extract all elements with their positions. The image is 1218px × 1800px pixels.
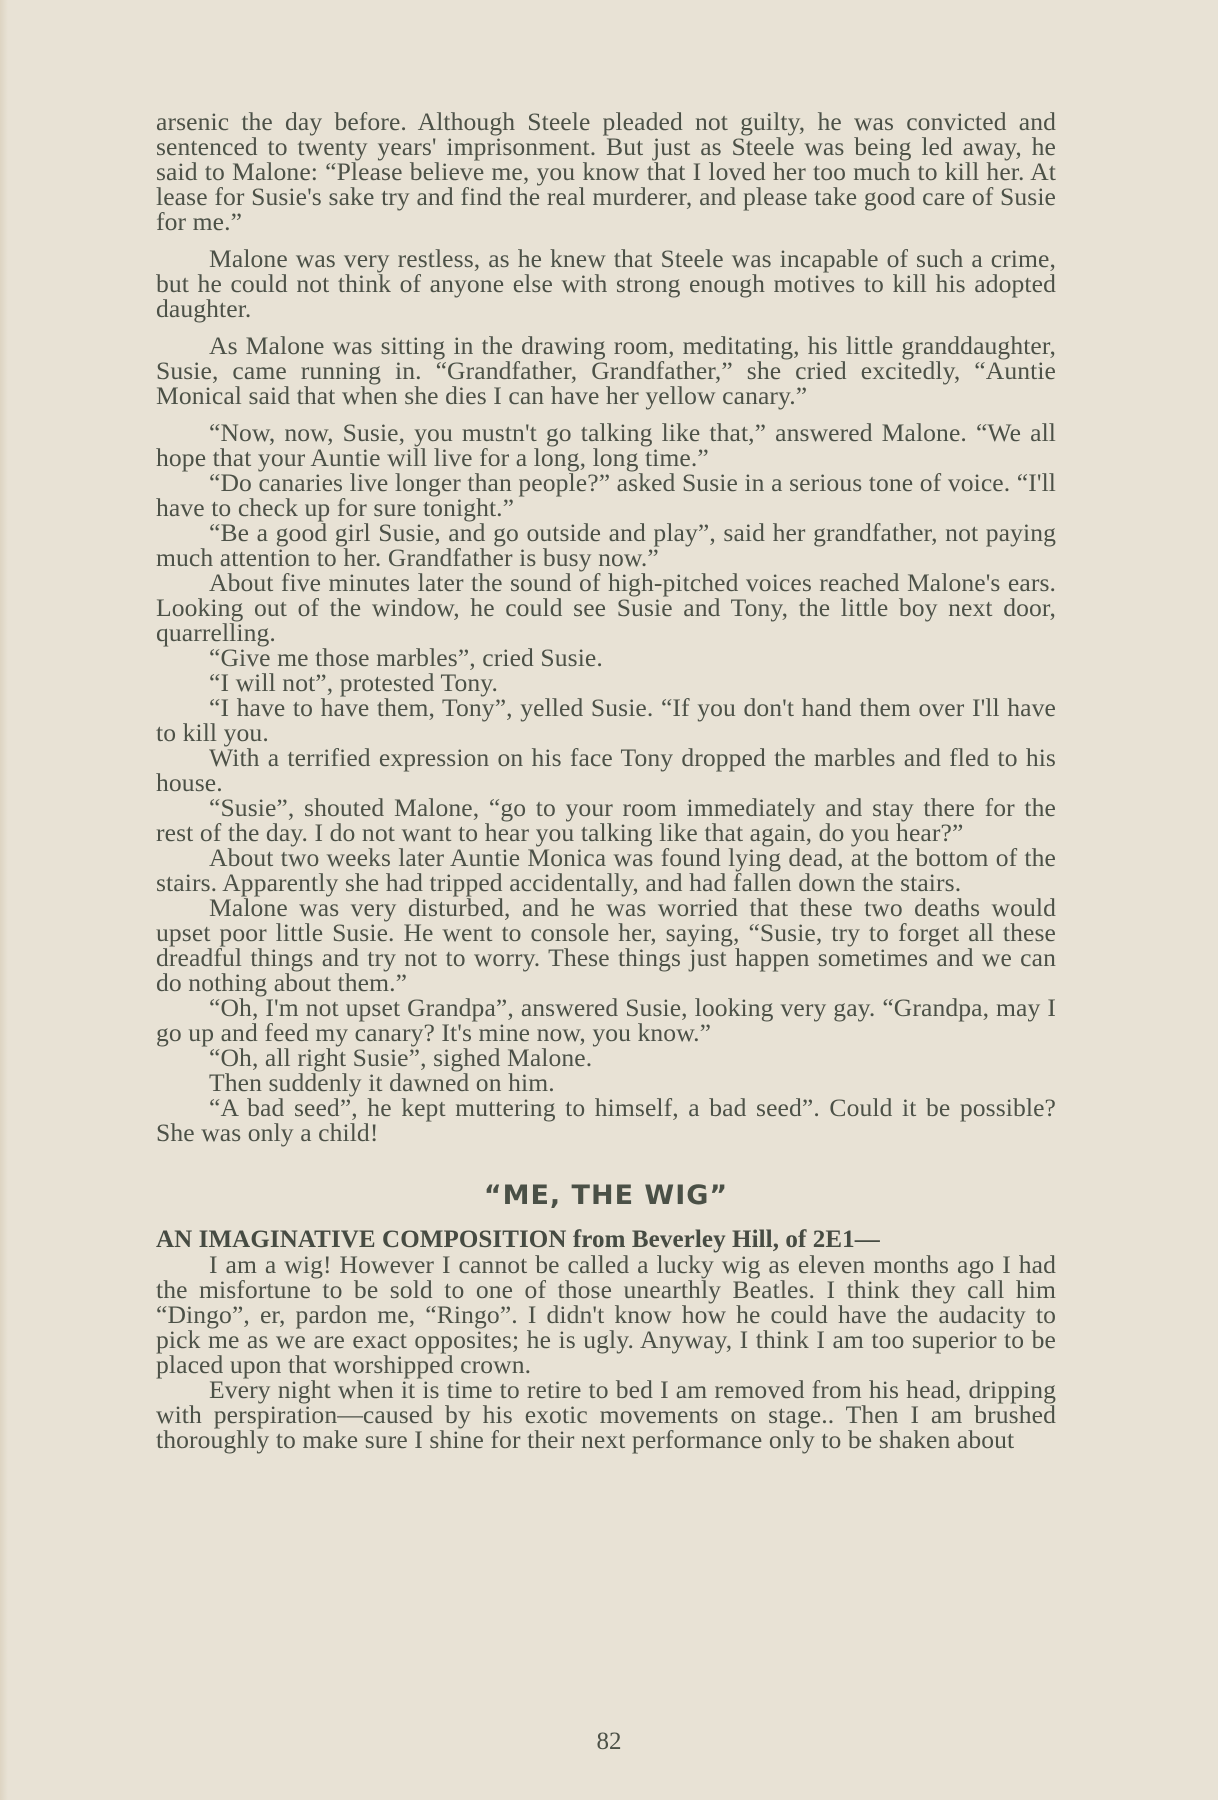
article-byline: AN IMAGINATIVE COMPOSITION from Beverley… <box>156 1227 1056 1252</box>
story-paragraph: “Susie”, shouted Malone, “go to your roo… <box>156 795 1056 845</box>
story-paragraph: “Oh, I'm not upset Grandpa”, answered Su… <box>156 995 1056 1045</box>
story-paragraph: arsenic the day before. Although Steele … <box>156 109 1056 234</box>
article-title: “ME, THE WIG” <box>156 1181 1056 1211</box>
story-paragraph: “Do canaries live longer than people?” a… <box>156 470 1056 520</box>
story-paragraph: “Oh, all right Susie”, sighed Malone. <box>156 1045 1056 1070</box>
story-paragraph: With a terrified expression on his face … <box>156 745 1056 795</box>
page-edge <box>0 0 8 1800</box>
story-paragraph: “I have to have them, Tony”, yelled Susi… <box>156 695 1056 745</box>
story-paragraph: “Now, now, Susie, you mustn't go talking… <box>156 420 1056 470</box>
story-paragraph: About two weeks later Auntie Monica was … <box>156 845 1056 895</box>
story-paragraph: About five minutes later the sound of hi… <box>156 570 1056 645</box>
article-paragraph: I am a wig! However I cannot be called a… <box>156 1252 1056 1377</box>
story-paragraph: As Malone was sitting in the drawing roo… <box>156 333 1056 408</box>
story-paragraph: Malone was very disturbed, and he was wo… <box>156 895 1056 995</box>
story-paragraph: “I will not”, protested Tony. <box>156 670 1056 695</box>
story-paragraph: Malone was very restless, as he knew tha… <box>156 246 1056 321</box>
story-paragraph: “Be a good girl Susie, and go outside an… <box>156 520 1056 570</box>
article-paragraph: Every night when it is time to retire to… <box>156 1377 1056 1452</box>
text-column: arsenic the day before. Although Steele … <box>156 109 1056 1452</box>
story-paragraph: “Give me those marbles”, cried Susie. <box>156 645 1056 670</box>
story-paragraph: Then suddenly it dawned on him. <box>156 1070 1056 1095</box>
story-paragraph: “A bad seed”, he kept muttering to himse… <box>156 1095 1056 1145</box>
page-number: 82 <box>0 1728 1218 1756</box>
